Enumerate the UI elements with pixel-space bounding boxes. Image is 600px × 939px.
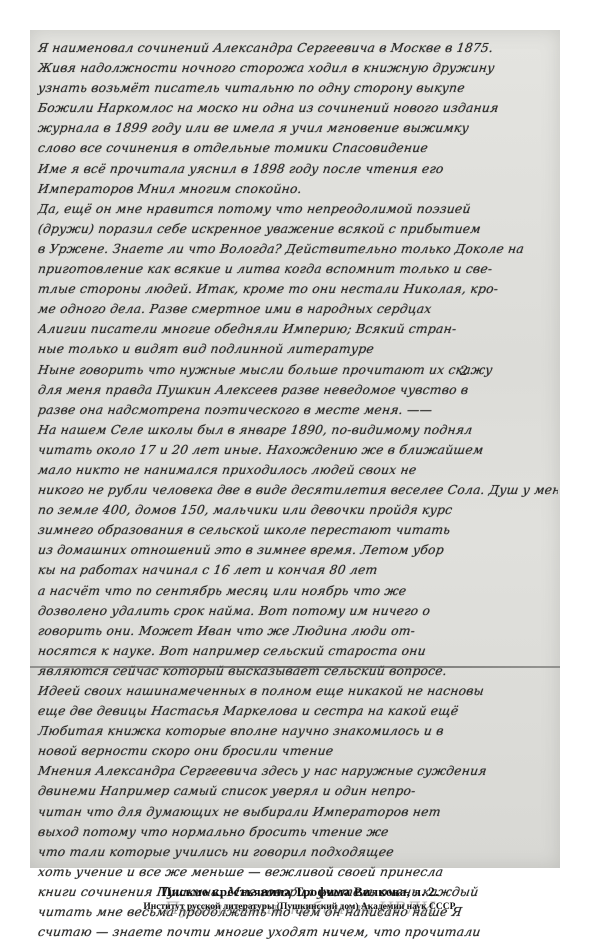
- page-marker: 2: [460, 364, 468, 379]
- handwritten-line: Ныне говорить что нужные мысли больше пр…: [37, 360, 560, 380]
- handwritten-line: дозволено удалить срок найма. Вот потому…: [37, 601, 560, 621]
- handwritten-line: Мнения Александра Сергеевича здесь у нас…: [37, 761, 560, 781]
- handwritten-line: Да, ещё он мне нравится потому что непре…: [37, 199, 560, 219]
- handwritten-line: тлые стороны людей. Итак, кроме то они н…: [37, 279, 560, 299]
- handwritten-line: Алигии писатели многие обедняли Империю;…: [37, 319, 560, 339]
- handwritten-line: что тали которые учились ни говорил подх…: [37, 842, 560, 862]
- handwritten-line: узнать возьмёт писатель читальню по одну…: [37, 78, 560, 98]
- handwritten-line: по земле 400, домов 150, мальчики или де…: [37, 500, 560, 520]
- handwritten-line: журнала в 1899 году или ве имела я учил …: [37, 118, 560, 138]
- handwritten-line: читан что для думающих не выбирали Импер…: [37, 802, 560, 822]
- handwritten-line: разве она надсмотрена поэтического в мес…: [37, 400, 560, 420]
- handwritten-line: а насчёт что по сентябрь месяц или ноябр…: [37, 581, 560, 601]
- handwritten-line: говорить они. Может Иван что же Людина л…: [37, 621, 560, 641]
- paper-fold-line: [30, 666, 560, 668]
- handwritten-line: слово все сочинения в отдельные томики С…: [37, 138, 560, 158]
- handwritten-line: ные только и видят вид подлинной литерат…: [37, 339, 560, 359]
- handwritten-line: хоть учение и все же меньше — вежливой с…: [37, 862, 560, 882]
- handwritten-line: зимнего образования в сельской школе пер…: [37, 520, 560, 540]
- handwritten-line: двинеми Например самый список уверял и о…: [37, 781, 560, 801]
- handwritten-line: На нашем Селе школы был в январе 1890, п…: [37, 420, 560, 440]
- caption-source: Институт русской литературы (Пушкинский …: [0, 902, 600, 912]
- handwritten-line: Императоров Мнил многим спокойно.: [37, 179, 560, 199]
- handwritten-line: являются сейчас который высказывает сель…: [37, 661, 560, 681]
- handwritten-line: носятся к науке. Вот например сельский с…: [37, 641, 560, 661]
- handwritten-line: Идеей своих нашинамеченных в полном еще …: [37, 681, 560, 701]
- handwritten-line: в Уржене. Знаете ли что Вологда? Действи…: [37, 239, 560, 259]
- handwritten-line: ме одного дела. Разве смертное ими в нар…: [37, 299, 560, 319]
- handwritten-line: Я наименовал сочинений Александра Сергее…: [37, 38, 560, 58]
- handwritten-line: считаю — знаете почти многие уходят ниче…: [37, 922, 560, 939]
- handwritten-text: Я наименовал сочинений Александра Сергее…: [38, 38, 558, 939]
- handwritten-line: кы на работах начинал с 16 лет и кончая …: [37, 560, 560, 580]
- handwritten-line: из домашних отношений это в зимнее время…: [37, 540, 560, 560]
- handwritten-line: мало никто не нанимался приходилось люде…: [37, 460, 560, 480]
- handwritten-line: новой верности скоро они бросили чтение: [37, 741, 560, 761]
- handwritten-line: (дружи) поразил себе искренное уважение …: [37, 219, 560, 239]
- caption-title: Письмо крестьянина Трофима Вилкова, л. 2…: [0, 884, 600, 900]
- handwritten-line: приготовление как всякие и литва когда в…: [37, 259, 560, 279]
- handwritten-line: выход потому что нормально бросить чтени…: [37, 822, 560, 842]
- handwritten-line: читать около 17 и 20 лет иные. Нахождени…: [37, 440, 560, 460]
- letter-page: Я наименовал сочинений Александра Сергее…: [30, 30, 560, 868]
- handwritten-line: Любитая книжка которые вполне научно зна…: [37, 721, 560, 741]
- handwritten-line: Живя надолжности ночного сторожа ходил в…: [37, 58, 560, 78]
- handwritten-line: для меня правда Пушкин Алексеев разве не…: [37, 380, 560, 400]
- handwritten-line: Име я всё прочитала уяснил в 1898 году п…: [37, 159, 560, 179]
- handwritten-line: еще две девицы Настасья Маркелова и сест…: [37, 701, 560, 721]
- handwritten-line: никого не рубли человека две в виде деся…: [37, 480, 560, 500]
- handwritten-line: Божили Наркомлос на моско ни одна из соч…: [37, 98, 560, 118]
